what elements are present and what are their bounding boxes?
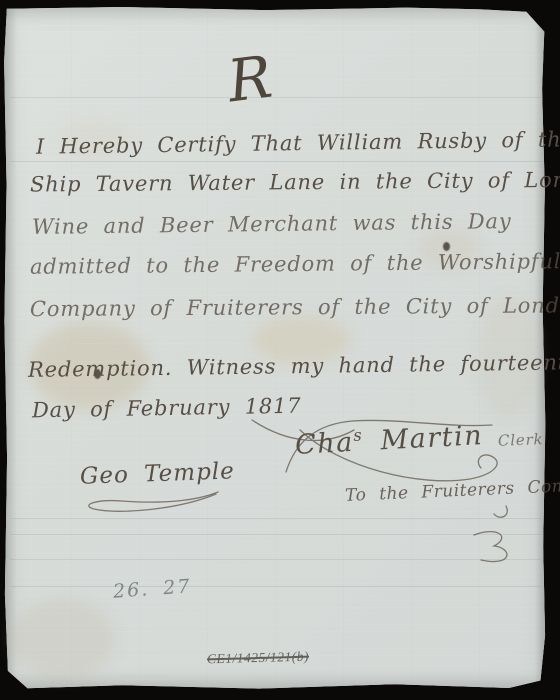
witness-signature: Geo Temple	[80, 460, 236, 488]
clerk-signature-superscript: s	[353, 425, 364, 444]
clerk-title: Clerk	[498, 432, 544, 449]
ruled-line	[10, 518, 542, 519]
certificate-line-3: Wine and Beer Merchant was this Day	[32, 211, 512, 238]
ruled-line	[10, 586, 542, 587]
certificate-line-5: Company of Fruiterers of the City of Lon…	[30, 295, 560, 320]
clerk-signature-surname: Martin	[380, 420, 484, 456]
ruled-line	[10, 97, 542, 98]
ruled-line	[10, 534, 542, 535]
ruled-line	[10, 161, 542, 162]
clerk-signature-text: Cha	[294, 427, 354, 461]
scanned-document: R I Hereby Certify That William Rusby of…	[0, 0, 560, 700]
certificate-line-4: admitted to the Freedom of the Worshipfu…	[30, 251, 560, 278]
archive-reference-code: CE1/1425/121(b)	[207, 649, 309, 668]
drop-initial-letter: R	[225, 48, 275, 111]
ruled-line	[10, 559, 542, 560]
certificate-line-7: Day of February 1817	[32, 396, 302, 422]
certificate-line-2: Ship Tavern Water Lane in the City of Lo…	[30, 169, 560, 195]
